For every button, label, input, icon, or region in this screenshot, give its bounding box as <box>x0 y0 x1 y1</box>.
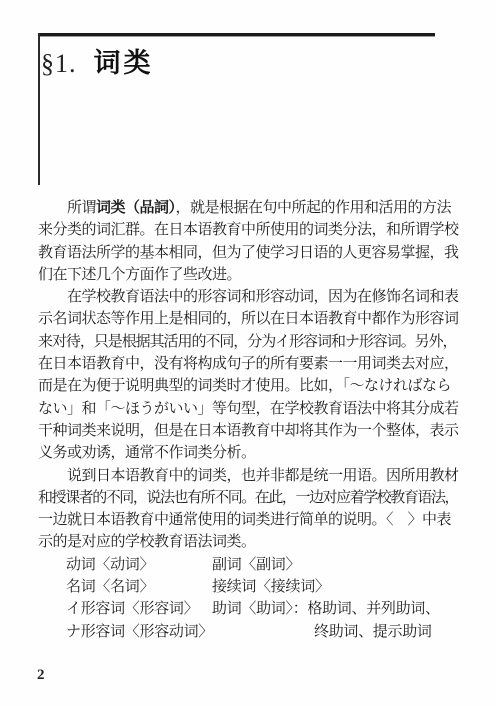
text-line: 来分类的词汇群。在日本语教育中所使用的词类分法，和所谓学校 <box>38 219 468 241</box>
word-list-right-term: 接续词〈接续词〉 <box>212 576 330 598</box>
text-segment: 在学校教育语法中的形容词和形容动词，因为在修饰名词和表 <box>67 289 459 305</box>
text-line: 义务或劝诱，通常不作词类分析。 <box>38 442 468 464</box>
header-top-rule <box>38 33 435 37</box>
text-line: 说到日本语教育中的词类，也并非都是统一用语。因所用教材 <box>38 465 468 487</box>
word-list-left-term: 动词〈动词〉 <box>66 554 212 576</box>
header-left-rule <box>38 33 40 185</box>
body-text: 所谓词类（品詞），就是根据在句中所起的作用和活用的方法来分类的词汇群。在日本语教… <box>38 197 468 643</box>
word-list-left-term: ナ形容词〈形容动词〉 <box>66 621 212 643</box>
text-segment: 一边就日本语教育中通常使用的词类进行简单的说明。〈 〉中表 <box>38 512 451 528</box>
text-segment: 示名词状态等作用上是相同的，所以在日本语教育中都作为形容词 <box>38 311 459 327</box>
text-segment: 干种词类来说明，但是在日本语教育中却将其作为一个整体，表示 <box>38 423 459 439</box>
text-line: 和授课者的不同，说法也有所不同。在此，一边对应着学校教育语法， <box>38 487 468 509</box>
text-line: 干种词类来说明，但是在日本语教育中却将其作为一个整体，表示 <box>38 420 468 442</box>
word-list-right-term: 副词〈副词〉 <box>212 554 300 576</box>
text-line: 示的是对应的学校教育语法词类。 <box>38 531 468 553</box>
text-segment: 们在下述几个方面作了些改进。 <box>38 267 241 283</box>
chapter-title: §1.词类 <box>41 45 154 80</box>
text-line: 教育语法所学的基本相同，但为了使学习日语的人更容易掌握，我 <box>38 242 468 264</box>
word-list-row: イ形容词〈形容词〉助词〈助词〉：格助词、并列助词、 <box>38 598 468 620</box>
text-segment: ない」和「〜ほうがいい」等句型，在学校教育语法中将其分成若 <box>38 401 459 417</box>
book-page: §1.词类 所谓词类（品詞），就是根据在句中所起的作用和活用的方法来分类的词汇群… <box>0 0 496 706</box>
text-line: 示名词状态等作用上是相同的，所以在日本语教育中都作为形容词 <box>38 308 468 330</box>
text-segment: 义务或劝诱，通常不作词类分析。 <box>38 445 256 461</box>
text-segment: 示的是对应的学校教育语法词类。 <box>38 534 256 550</box>
text-segment: 在日本语教育中，没有将构成句子的所有要素一一用词类去对应， <box>38 356 459 372</box>
text-segment: 教育语法所学的基本相同，但为了使学习日语的人更容易掌握，我 <box>38 245 459 261</box>
text-segment: 来分类的词汇群。在日本语教育中所使用的词类分法，和所谓学校 <box>38 222 459 238</box>
word-list-left-term: 名词〈名词〉 <box>66 576 212 598</box>
page-number: 2 <box>37 667 45 684</box>
text-line: 在学校教育语法中的形容词和形容动词，因为在修饰名词和表 <box>38 286 468 308</box>
text-line: ない」和「〜ほうがいい」等句型，在学校教育语法中将其分成若 <box>38 398 468 420</box>
text-line: 们在下述几个方面作了些改进。 <box>38 264 468 286</box>
word-class-list: 动词〈动词〉副词〈副词〉名词〈名词〉接续词〈接续词〉イ形容词〈形容词〉助词〈助词… <box>38 554 468 643</box>
text-segment: 说到日本语教育中的词类，也并非都是统一用语。因所用教材 <box>67 468 459 484</box>
text-segment: 所谓 <box>67 200 96 216</box>
emphasized-term: 词类（品詞） <box>96 200 176 216</box>
section-number: §1. <box>41 49 77 78</box>
word-list-row: 名词〈名词〉接续词〈接续词〉 <box>38 576 468 598</box>
text-line: 所谓词类（品詞），就是根据在句中所起的作用和活用的方法 <box>38 197 468 219</box>
word-list-row: 动词〈动词〉副词〈副词〉 <box>38 554 468 576</box>
text-line: 一边就日本语教育中通常使用的词类进行简单的说明。〈 〉中表 <box>38 509 468 531</box>
word-list-left-term: イ形容词〈形容词〉 <box>66 598 212 620</box>
text-segment: 而是在为便于说明典型的词类时才使用。比如，「〜なければなら <box>38 378 451 394</box>
word-list-row: ナ形容词〈形容动词〉终助词、提示助词 <box>38 621 468 643</box>
text-line: 在日本语教育中，没有将构成句子的所有要素一一用词类去对应， <box>38 353 468 375</box>
word-list-right-term: 助词〈助词〉：格助词、并列助词、 <box>212 598 440 620</box>
text-line: 而是在为便于说明典型的词类时才使用。比如，「〜なければなら <box>38 375 468 397</box>
text-line: 来对待，只是根据其活用的不同，分为イ形容词和ナ形容词。另外， <box>38 331 468 353</box>
text-segment: 来对待，只是根据其活用的不同，分为イ形容词和ナ形容词。另外， <box>38 334 457 350</box>
text-segment: ，就是根据在句中所起的作用和活用的方法 <box>176 200 452 216</box>
chapter-title-text: 词类 <box>94 48 154 78</box>
text-segment: 和授课者的不同，说法也有所不同。在此，一边对应着学校教育语法， <box>38 490 458 506</box>
word-list-right-term: 终助词、提示助词 <box>212 621 432 643</box>
